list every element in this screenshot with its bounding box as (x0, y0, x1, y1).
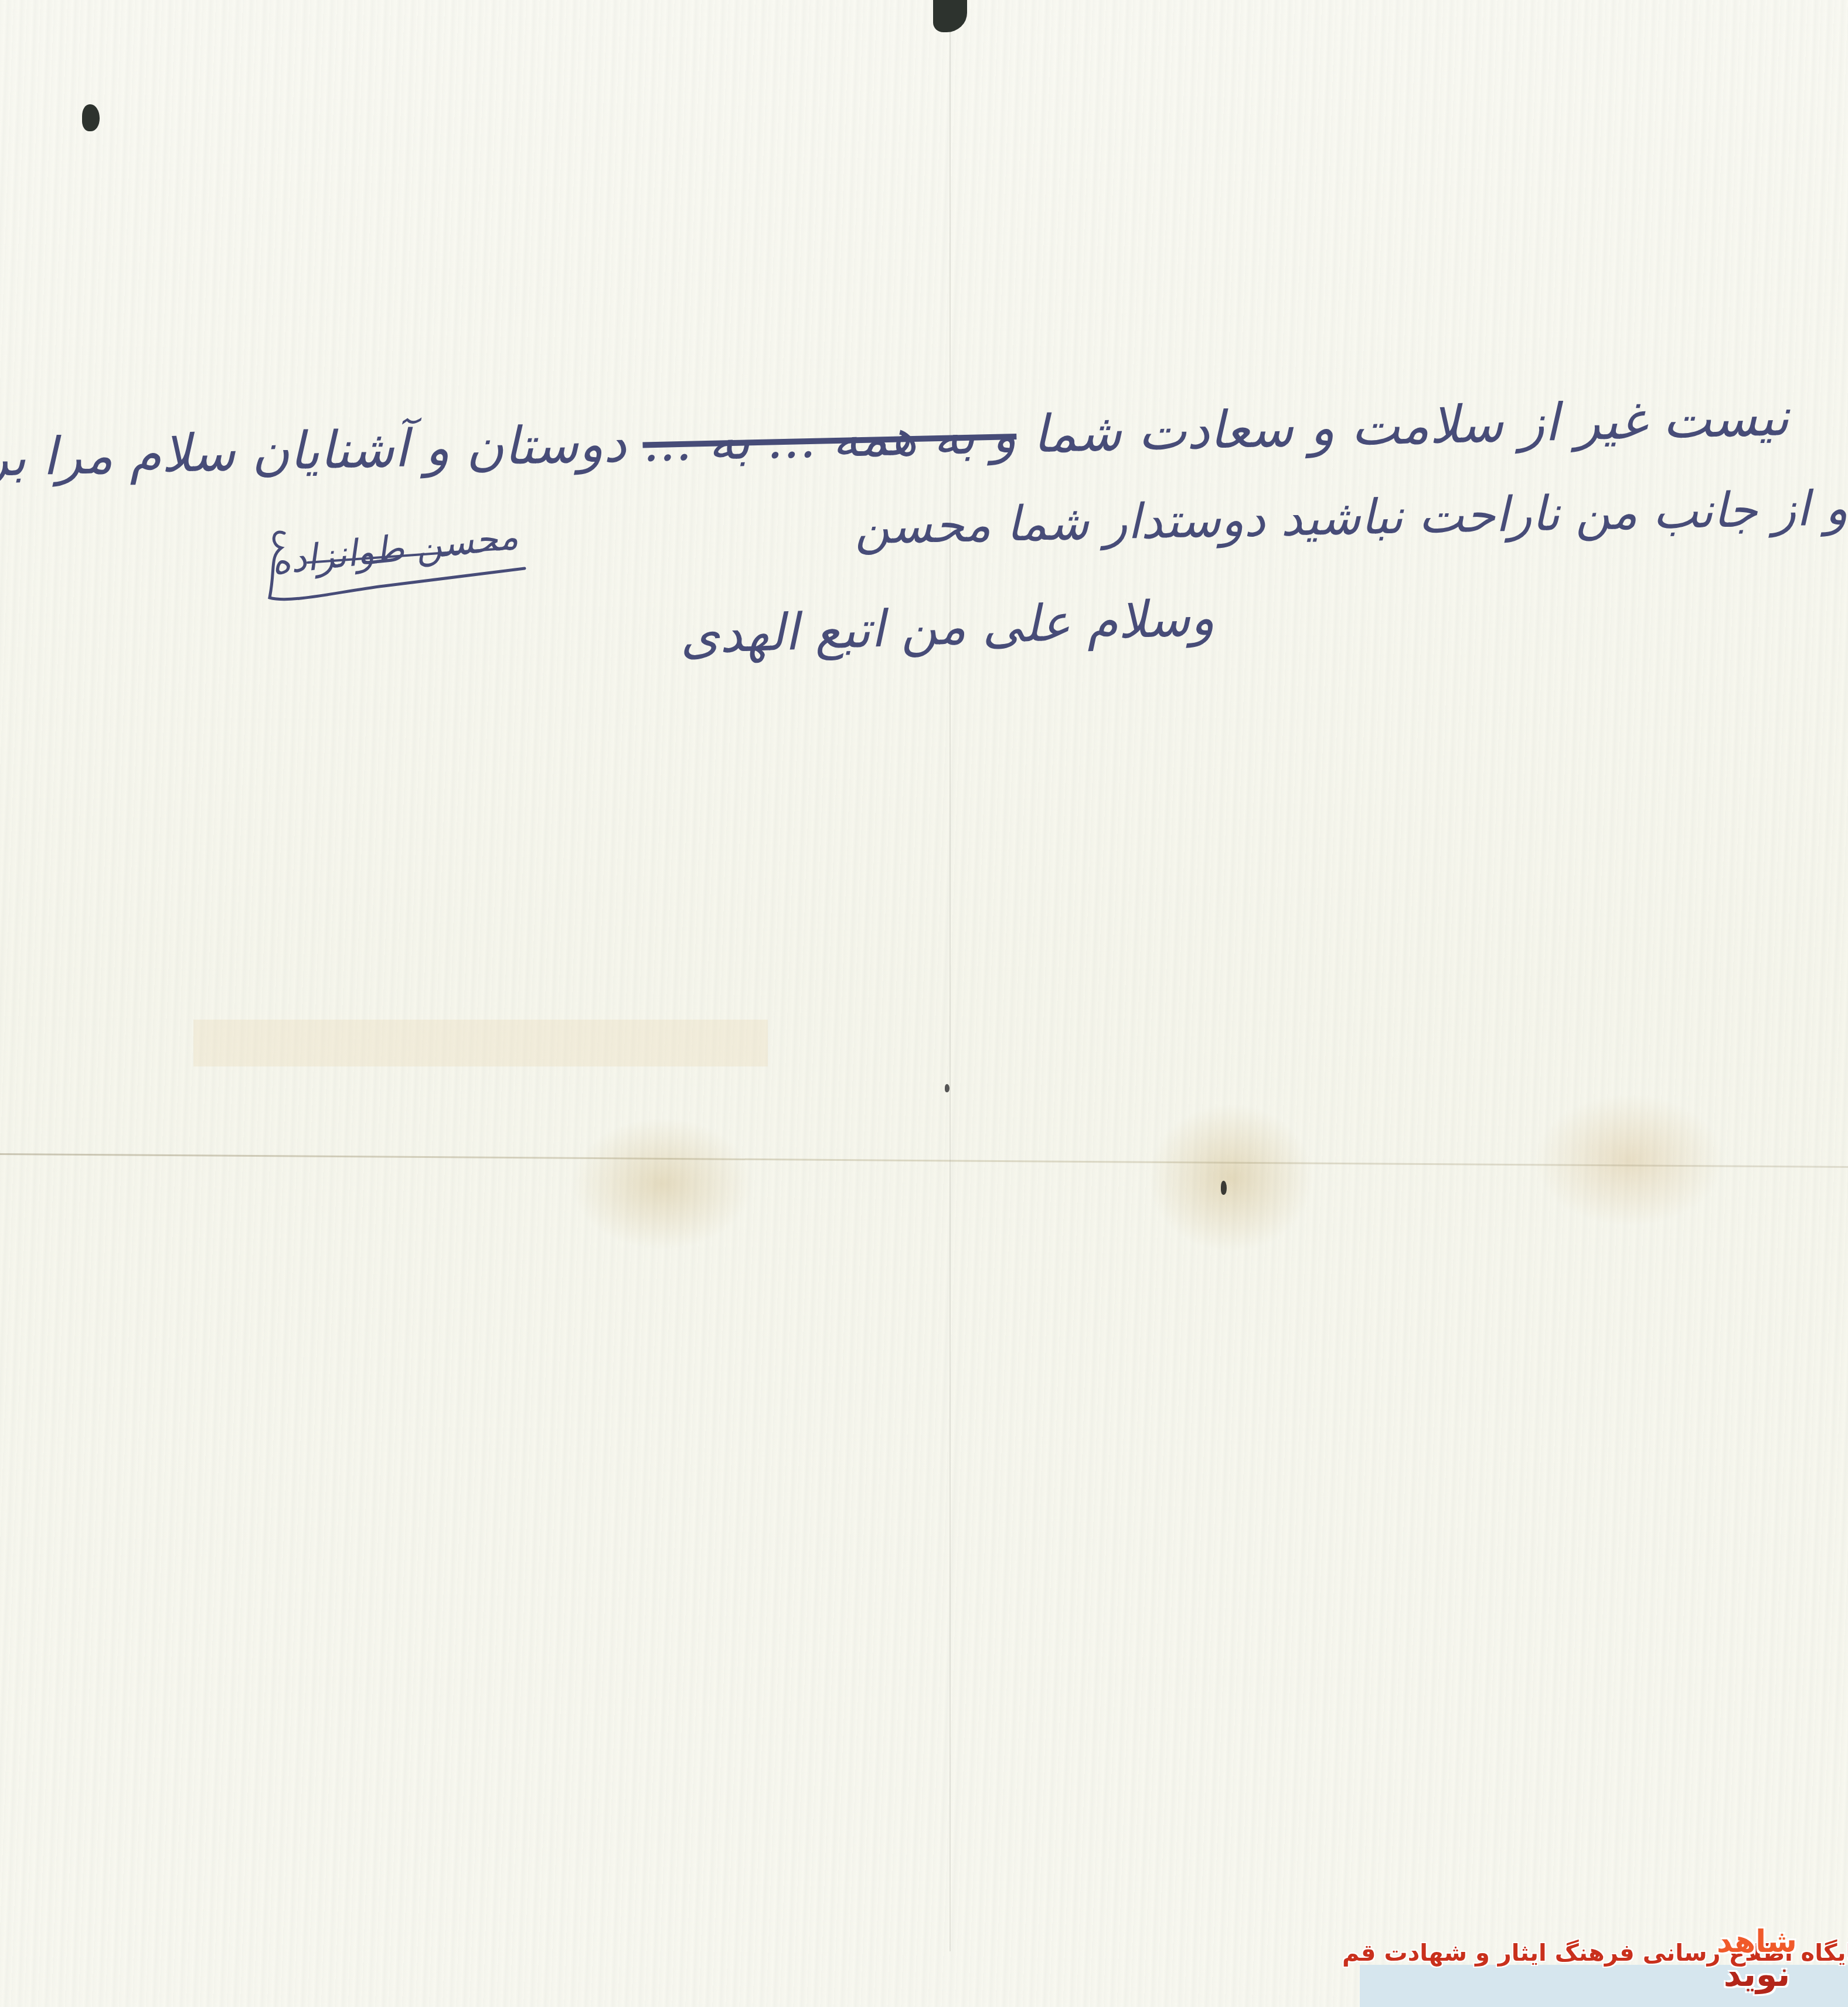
navid-shahed-logo-icon: شاهد نوید (1706, 1927, 1808, 1997)
ink-blot-left (82, 104, 100, 131)
watermark: پایگاه اطلاع رسانی فرهنگ ایثار و شهادت ق… (1289, 1916, 1848, 2007)
paper-background (0, 0, 1848, 2007)
struck-out-text: و به همه ... به ... (642, 404, 1017, 473)
logo-bottom-text: نوید (1706, 1957, 1808, 1991)
stain-center-mark (1221, 1181, 1227, 1195)
bleed-through-mark (193, 1020, 768, 1066)
vertical-fold-line (949, 0, 951, 1951)
logo-top-text: شاهد (1706, 1927, 1808, 1957)
fold-crossing-mark (945, 1084, 949, 1092)
signature: محسن طوانزاده (267, 522, 542, 609)
